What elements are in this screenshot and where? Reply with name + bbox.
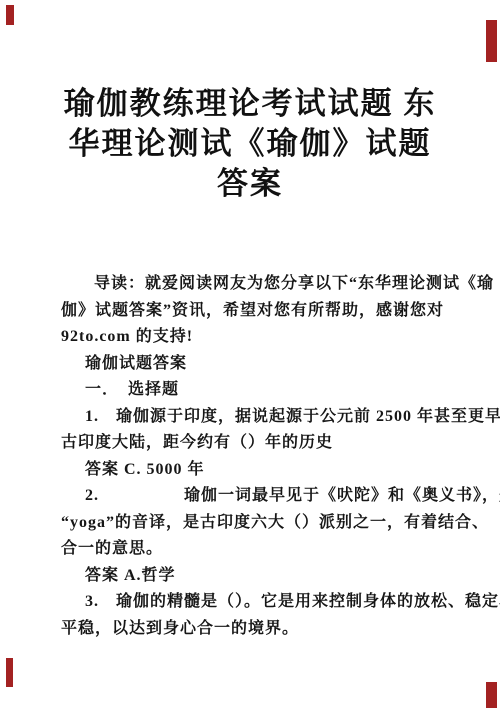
body-line: 92to.com 的支持! (61, 324, 481, 351)
body-line: 答案 C. 5000 年 (61, 457, 481, 484)
red-edge-mark (486, 20, 497, 62)
body-line: 平稳，以达到身心合一的境界。 (61, 616, 481, 643)
body-line: 瑜伽试题答案 (61, 351, 481, 378)
red-edge-mark (6, 658, 13, 687)
red-edge-mark (486, 682, 497, 708)
body-line: 2. 瑜伽一词最早见于《吠陀》和《奥义书》，是梵文 (61, 483, 481, 510)
body-line: 1. 瑜伽源于印度，据说起源于公元前 2500 年甚至更早的 (61, 404, 481, 431)
body-line: 伽》试题答案”资讯，希望对您有所帮助，感谢您对 (61, 298, 481, 325)
body-line: 一． 选择题 (61, 377, 481, 404)
title-line: 瑜伽教练理论考试试题 东 (10, 84, 490, 124)
document-title: 瑜伽教练理论考试试题 东华理论测试《瑜伽》试题答案 (10, 84, 490, 204)
body-line: “yoga”的音译，是古印度六大（）派别之一，有着结合、 (61, 510, 481, 537)
body-line: 古印度大陆，距今约有（）年的历史 (61, 430, 481, 457)
body-line: 答案 A.哲学 (61, 563, 481, 590)
body-line: 3. 瑜伽的精髓是（）。它是用来控制身体的放松、稳定、 (61, 589, 481, 616)
red-edge-mark (6, 5, 14, 25)
document-body: 导读：就爱阅读网友为您分享以下“东华理论测试《瑜伽》试题答案”资讯，希望对您有所… (61, 271, 481, 642)
body-line: 合一的意思。 (61, 536, 481, 563)
document-page: 瑜伽教练理论考试试题 东华理论测试《瑜伽》试题答案 导读：就爱阅读网友为您分享以… (0, 0, 500, 708)
title-line: 华理论测试《瑜伽》试题 (10, 124, 490, 164)
title-line: 答案 (10, 164, 490, 204)
body-line: 导读：就爱阅读网友为您分享以下“东华理论测试《瑜 (61, 271, 481, 298)
